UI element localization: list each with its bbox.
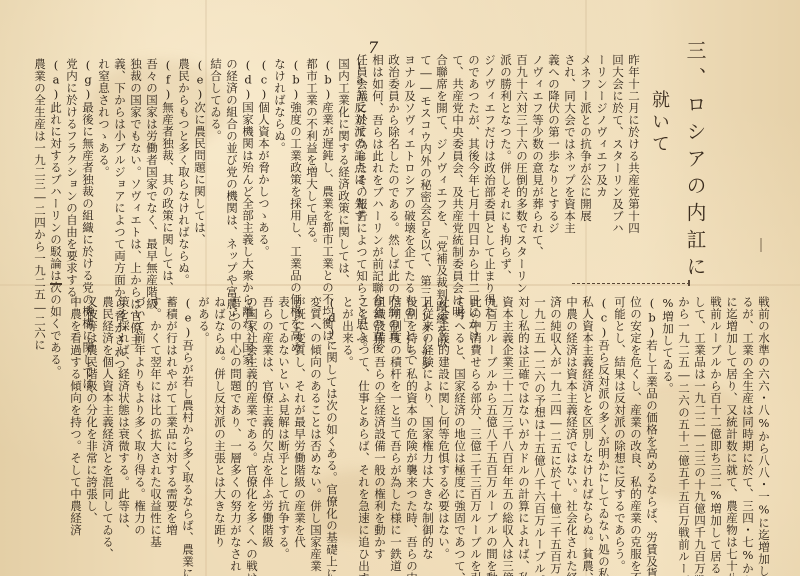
- point-column-f: 独裁の国家でもない。ソヴィエトは、上からは官僚主: [128, 58, 144, 280]
- text-column: 合聯席を開て、ジノヴィエフを、「党補及裁判路線を以: [434, 54, 450, 279]
- text-column: に迄増加して居り、又統計数に就て、農産物は七十八億: [724, 296, 740, 566]
- point-column-e: (e)次に農民問題に関しては、: [192, 58, 208, 280]
- left-dash-mark: [50, 283, 62, 285]
- text-column: の国家社会主義的産業である。官僚化を多くへの戦は: [244, 296, 260, 566]
- text-column: 義への降伏の第一歩なりとするジ: [546, 54, 562, 279]
- right-dashed-rule: [572, 283, 690, 284]
- section-title-continuation: 就いて: [646, 90, 672, 156]
- text-column: 策を採れば、経済状態は衰微する。此等は、: [116, 296, 132, 566]
- text-column: 社会主義的建設に関し何等危惧する必要はない。: [436, 296, 452, 566]
- right-rule-tick: [688, 280, 690, 286]
- text-column: 中農の経済は資本主義経済ではない。社会化された経: [564, 296, 580, 566]
- point-column-f: (f)無産者独裁、其の政策に関しては、: [160, 58, 176, 280]
- text-column: 可能とし、結果は反対派の除想に反するであらう。: [612, 296, 628, 566]
- text-column: 位の安定を危くし、産業の改良、私的産業の克服を不: [628, 296, 644, 566]
- lower-body-text: 戦前の水準の六六・八%から八八・一%に迄増加しゐるが、工業の全生産は同時期に於て…: [68, 296, 772, 566]
- point-column-g: (g)最後に無産者独裁の組織に於ける党の機構に関しては、: [80, 58, 96, 280]
- point-column-f: 吾々の国家は労働者国家でなく、最早無産階級: [144, 58, 160, 280]
- text-column: から一九二五―二六の五十二億五千五百万戦前ルーブル、即ち二七四: [676, 296, 692, 566]
- text-column: 吾らの中心の問題であり、一層多くの努力がなされ: [228, 296, 244, 566]
- text-column: され、同大会ではネップを資本主: [562, 54, 578, 279]
- point-column-a: (a)反対派の論点は、先ず: [352, 58, 368, 280]
- point-column-d: 結合してゐる。: [208, 58, 224, 280]
- text-column: 九百万ルーブルから五億八千五百万ルーブルの間を動揺してゐる。: [484, 296, 500, 566]
- point-column-f: 義、下からは小ブルジョアによつて両方面から脅かされつゝ: [112, 58, 128, 280]
- text-column: 済の純収入が一九二四―二五に於て十億二千五百万ルーブル、: [548, 296, 564, 566]
- text-column: て、共産党中央委員会、及共産党統制委員会は明: [450, 54, 466, 279]
- text-column: 回大会に於て、スターリン及ブハ: [610, 54, 626, 279]
- upper-intro-text: 昨年十二月に於ける共産党第十四回大会に於て、スターリン及ブハーリンージノヴィエフ…: [354, 54, 642, 279]
- text-column: 又彼等は農民階級の分化を非常に誇張し、: [84, 296, 100, 566]
- point-column-d: (d)国家機関は殆んど全部主義し大衆から離れ、国家: [240, 58, 256, 280]
- text-column: %増加してゐる。: [660, 296, 676, 566]
- point-column-f: れ窒息されつゝある。: [96, 58, 112, 280]
- text-column: 吾らの産業は、官僚主義的欠点を伴ふ労働階級: [260, 296, 276, 566]
- point-column-b: なければならぬ。: [272, 58, 288, 280]
- text-column: て――モスコウ内外の秘密会合を以て、第三インターナシ: [418, 54, 434, 279]
- text-column: 私人資本主義経済とを区別しなければならぬ。貧農、: [580, 296, 596, 566]
- text-column: (e)吾らが若し農村から多く取るならば、農業に: [180, 296, 196, 566]
- text-column: るが、工業の全生産は同時期に於て、三四・七%から九五%: [740, 296, 756, 566]
- point-column-g: 党内に於けるフラクションの自由を要求する。: [64, 58, 80, 280]
- text-column: 中農を看過する傾向を持つ。そして中農経済: [68, 296, 84, 566]
- text-column: ジノヴィエフだけは政治部委員として止まり得た: [482, 54, 498, 279]
- text-column: (d)に関しては次の如くある。官僚化の基礎上にかゝる: [324, 296, 340, 566]
- text-column: 表してゐないといふ見解は断乎として抗争する。: [276, 296, 292, 566]
- text-column: 農民経済を個人資本主義経済とを混同してゐる、: [100, 296, 116, 566]
- text-column: 資本主義企業三十二万三千八百年年五の総収入は三億七千: [500, 296, 516, 566]
- text-column: (b)若し工業品の価格を高めるならば、労賃及貨幣の不: [644, 296, 660, 566]
- point-column-a2: (a)此れに対するブハーリンの駁論は次の如くである。: [48, 58, 64, 280]
- text-column: がある。: [196, 296, 212, 566]
- text-column: 此の中消費せらる部分、三億二千三百万ルーブルを引い: [468, 296, 484, 566]
- text-column: とが出来る。: [340, 296, 356, 566]
- point-column-a: 国内工業化に関する経済政策に関しては、: [336, 58, 352, 280]
- text-column: 組織設備、吾らの全経済設備一般の権利を動かす: [372, 296, 388, 566]
- text-column: 且従来の経験により、国家権力は大きな制御的な: [420, 296, 436, 566]
- text-column: す。かくて翌年には比の拡大された収益性に基: [148, 296, 164, 566]
- point-column-a2: 農業の全生産は一九二三―二四から一九二五―二六に: [32, 58, 48, 280]
- text-column: 派の勝利となつた。併しそれにも拘らず、: [498, 54, 514, 279]
- text-column: 戦前ルーブルから百十二億即ち三二%増加して居るに対: [708, 296, 724, 566]
- text-column: 信用制度の積杆を一と当て吾らが為した様に一鉄道: [388, 296, 404, 566]
- text-column: 変質への傾向のあることは否めない。併し国家産業: [308, 296, 324, 566]
- text-column: づいて前年よりもより多く取り得る。権力の: [132, 296, 148, 566]
- text-column: メネフー派との抗争が公に開展: [578, 54, 594, 279]
- point-column-a: 都市工業の不利益を増大して居る。: [304, 58, 320, 280]
- text-column: 相は如何、吾らは此れをブハーリンが前記聯合会の直後: [370, 54, 386, 279]
- point-column-b: (b)強度の工業政策を採用し、工業品の価格を高め: [288, 58, 304, 280]
- point-column-a: (b)産業が遅鈍し、農業を都市工業との不均衡は、: [320, 58, 336, 280]
- text-column: ねばならぬ。併し反対派の主張とは大きな距り: [212, 296, 228, 566]
- text-column: ノヴィエフ等少数の意見が葬られて、: [530, 54, 546, 279]
- text-column: 百九十六対三十六の圧倒的多数でスターリン: [514, 54, 530, 279]
- text-column: 役割を持ち、私的資本の危険が襲来つた時、吾らの中: [404, 296, 420, 566]
- text-column: 昨年十二月に於ける共産党第十四: [626, 54, 642, 279]
- text-column: が既に変質し、それが最早労働階級の産業を代: [292, 296, 308, 566]
- text-column: ことによつて、仕事とあらば、それを急速に追ひ出す: [356, 296, 372, 566]
- section-title: 三、ロシアの内訌に: [681, 40, 710, 265]
- text-column: 戦前の水準の六六・八%から八八・一%に迄増加しゐ: [756, 296, 772, 566]
- ink-mark: [760, 238, 762, 252]
- text-column: ヨナル及ソヴィエトロシアの破壊を企てたるもの」として: [402, 54, 418, 279]
- text-column: て考へると、国家経済の地位は極度に強固であつて、: [452, 296, 468, 566]
- text-column: ーリンージノヴィエフ及カ: [594, 54, 610, 279]
- point-column-d: の経済の組合の並び党の機関は、ネップや富農と: [224, 58, 240, 280]
- text-column: のであつたが、其後今年七月十四日から廿二日にかけ: [466, 54, 482, 279]
- text-column: 蓄積が行はれやがて工業品に対する需要を増: [164, 296, 180, 566]
- text-column: 政治委員から除名したのである。然しば此の内紛の真: [386, 54, 402, 279]
- text-column: 対し私的は正確ではないがカドルの計算によれば、私的: [516, 296, 532, 566]
- point-column-e: 農民からもつと多く取らなければならぬ。: [176, 58, 192, 280]
- text-column: 一九二五―二六の予想は十五億八千六百万ルーブル。此れに: [532, 296, 548, 566]
- text-column: (c)吾ら反対派の多くが明かにしてゐない処の私人経済と: [596, 296, 612, 566]
- point-column-c: (c)個人資本が脅かしつゝある。: [256, 58, 272, 280]
- text-column: して、工業品は一九二二―二三の十九億四千九百万戦前ルーブン: [692, 296, 708, 566]
- upper-points-text: (a)反対派の論点は、先ず国内工業化に関する経済政策に関しては、(b)産業が遅鈍…: [32, 58, 368, 280]
